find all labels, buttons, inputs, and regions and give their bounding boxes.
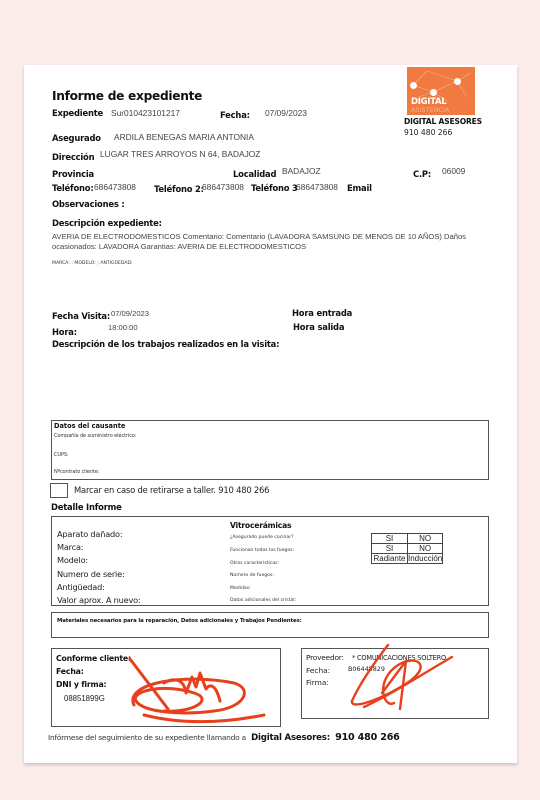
dni-label: DNI y firma: <box>56 680 106 689</box>
footer-company: Digital Asesores: <box>251 733 330 743</box>
descripcion-label: Descripción expediente: <box>52 218 162 228</box>
localidad-value: BADAJOZ <box>282 166 321 176</box>
materiales-label: Materiales necesarios para la reparación… <box>57 618 302 624</box>
cp-label: C.P: <box>413 169 431 179</box>
vitro-section: Vitrocerámicas ¿Asegurado puede cocinar?… <box>225 516 385 606</box>
taller-checkbox[interactable] <box>50 483 68 498</box>
footer-message: Infórmese del seguimiento de su expedien… <box>48 733 246 742</box>
vitro-title: Vitrocerámicas <box>230 521 291 530</box>
vitro-field: Otras caracteristicas: <box>230 561 279 566</box>
vitro-field: Datos adicionales del cristal: <box>230 598 296 603</box>
provider-signature <box>344 643 459 715</box>
firma-label: Firma: <box>306 678 329 687</box>
page-title: Informe de expediente <box>52 89 202 103</box>
vitro-field: Medidas: <box>230 586 251 591</box>
telefono3-value: 686473808 <box>296 182 338 192</box>
option-induccion[interactable]: Inducción <box>408 554 443 564</box>
asegurado-label: Asegurado <box>52 133 101 143</box>
trabajos-label: Descripción de los trabajos realizados e… <box>52 339 279 349</box>
client-signature <box>124 653 274 728</box>
option-radiante[interactable]: Radiante <box>372 554 408 564</box>
logo-dot <box>410 82 417 89</box>
descripcion-meta: MARCA: ; MODELO: ; ANTIGÜEDAD: <box>52 261 133 266</box>
antiguedad-field: Antigüedad: <box>57 582 105 592</box>
expediente-label: Expediente <box>52 108 103 118</box>
footer-phone[interactable]: 910 480 266 <box>335 732 400 743</box>
vitro-field: Funcionan todos los fuegos: <box>230 548 294 553</box>
proveedor-fecha-label: Fecha: <box>306 666 330 675</box>
descripcion-text: AVERIA DE ELECTRODOMESTICOS Comentario: … <box>52 232 492 252</box>
modelo-field: Modelo: <box>57 555 88 565</box>
telefono3-label: Teléfono 3 <box>251 183 298 193</box>
vitro-options-table: SI NO SI NO Radiante Inducción <box>371 533 443 564</box>
valor-field: Valor aprox. A nuevo: <box>57 595 140 605</box>
fecha-value: 07/09/2023 <box>265 108 307 118</box>
causante-box: Datos del causante Compañía de suministr… <box>51 420 489 480</box>
option-si[interactable]: SI <box>372 534 408 544</box>
logo-dot <box>430 89 437 96</box>
vitro-field: Número de fuegos: <box>230 573 274 578</box>
direccion-label: Dirección <box>52 152 94 162</box>
document-page: Informe de expediente Expediente Sur0104… <box>24 65 517 763</box>
materiales-box: Materiales necesarios para la reparación… <box>51 612 489 638</box>
telefono-label: Teléfono: <box>52 183 94 193</box>
detalle-title: Detalle Informe <box>51 502 122 512</box>
fecha-visita-value: 07/09/2023 <box>111 309 149 318</box>
direccion-value: LUGAR TRES ARROYOS N 64, BADAJOZ <box>100 149 260 159</box>
dni-value: 08851899G <box>64 694 105 703</box>
hora-salida-label: Hora salida <box>293 322 344 332</box>
expediente-value: Sur010423101217 <box>111 108 180 118</box>
compania-label: Compañía de suministro eléctrico: <box>54 433 136 439</box>
option-si[interactable]: SI <box>372 544 408 554</box>
option-no[interactable]: NO <box>408 534 443 544</box>
company-logo: DIGITAL ASISTENCIA <box>407 67 475 115</box>
option-no[interactable]: NO <box>408 544 443 554</box>
cliente-fecha-label: Fecha: <box>56 667 84 676</box>
taller-label: Marcar en caso de retirarse a taller. 91… <box>74 485 269 495</box>
logo-subword: ASISTENCIA <box>411 106 449 114</box>
email-label: Email <box>347 183 372 193</box>
conforme-cliente-label: Conforme cliente: <box>56 654 131 663</box>
logo-dot <box>454 78 461 85</box>
aparato-field: Aparato dañado: <box>57 529 122 539</box>
footer-text: Infórmese del seguimiento de su expedien… <box>48 732 400 743</box>
hora-label: Hora: <box>52 327 77 337</box>
observaciones-label: Observaciones : <box>52 199 125 209</box>
asegurado-value: ARDILA BENEGAS MARIA ANTONIA <box>114 132 254 142</box>
telefono-value: 686473808 <box>94 182 136 192</box>
marca-field: Marca: <box>57 542 83 552</box>
hora-entrada-label: Hora entrada <box>292 308 352 318</box>
telefono2-value: 686473808 <box>202 182 244 192</box>
contrato-label: Nºcontrato cliente: <box>54 469 99 475</box>
proveedor-label: Proveedor: <box>306 653 344 662</box>
hora-value: 18:00:00 <box>108 323 138 332</box>
telefono2-label: Teléfono 2: <box>154 184 204 194</box>
company-phone: 910 480 266 <box>404 128 452 137</box>
company-name: DIGITAL ASESORES <box>404 117 482 126</box>
cp-value: 06009 <box>442 166 465 176</box>
cups-label: CUPS: <box>54 452 69 458</box>
localidad-label: Localidad <box>233 169 276 179</box>
provincia-label: Provincia <box>52 169 94 179</box>
fecha-label: Fecha: <box>220 110 250 120</box>
vitro-field: ¿Asegurado puede cocinar? <box>230 535 294 540</box>
causante-title: Datos del causante <box>54 422 125 430</box>
serie-field: Numero de serie: <box>57 569 125 579</box>
fecha-visita-label: Fecha Visita: <box>52 311 110 321</box>
